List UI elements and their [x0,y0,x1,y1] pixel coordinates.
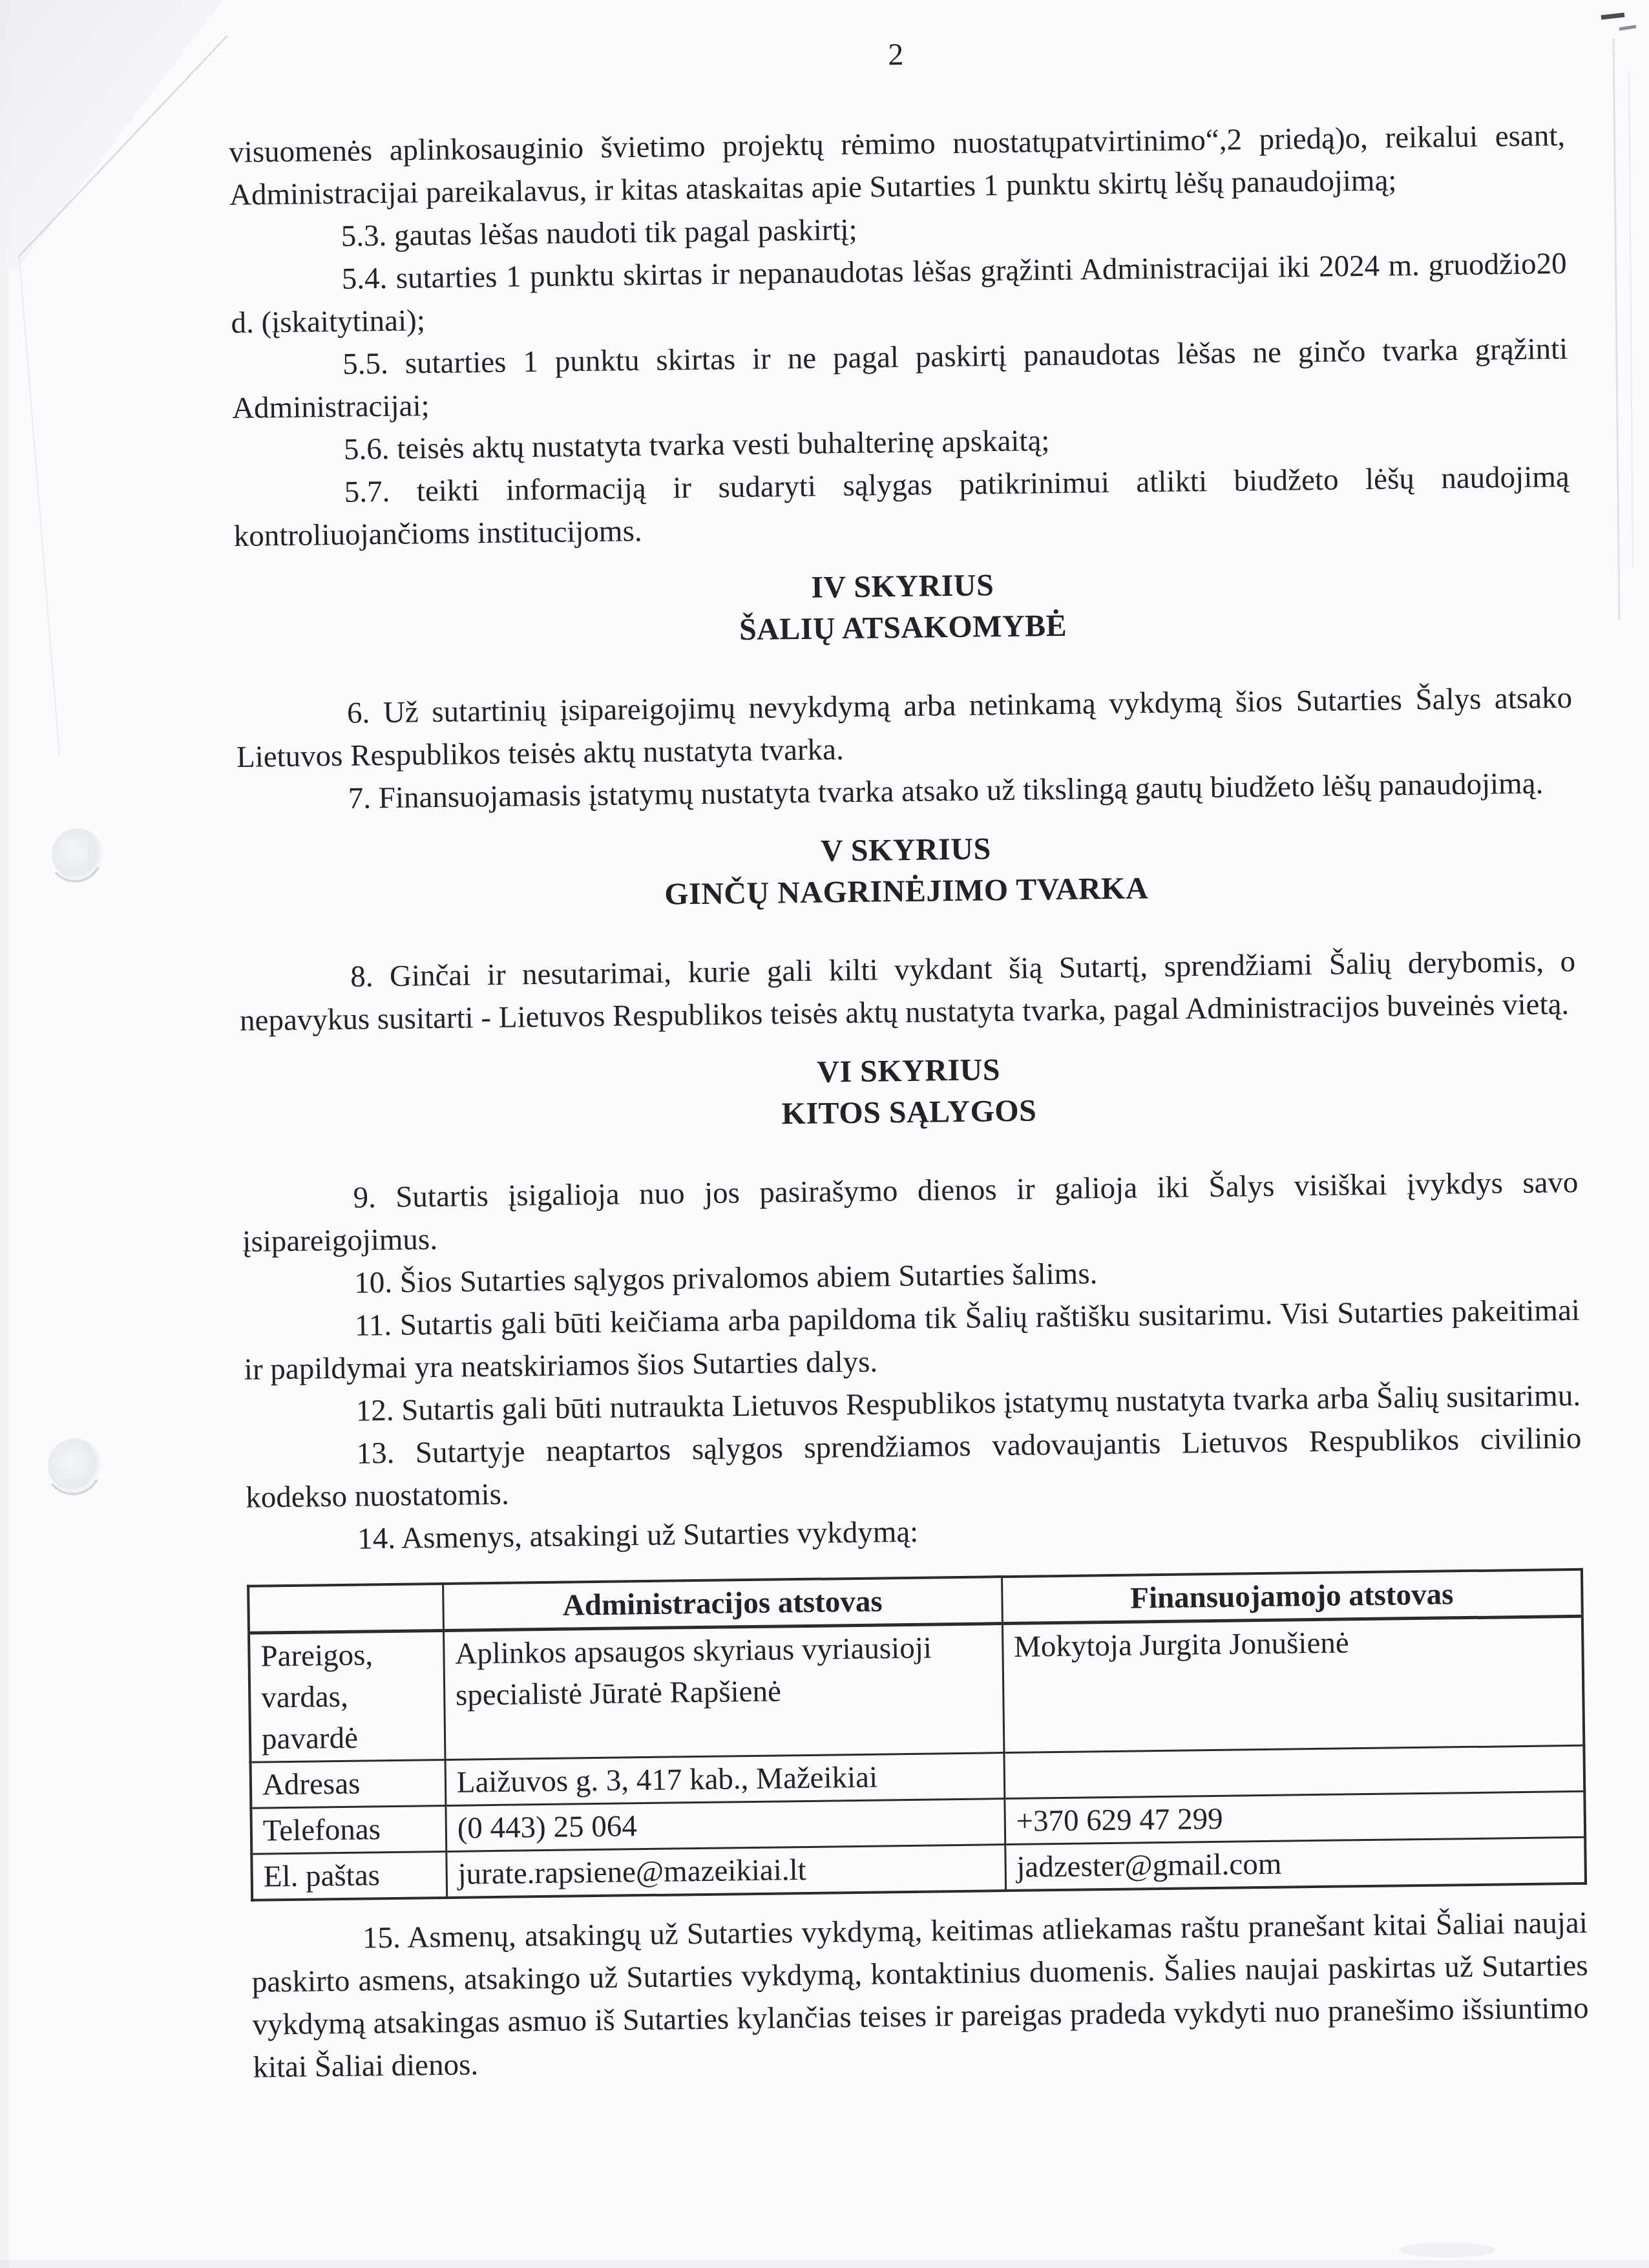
clause-5-5: 5.5. sutarties 1 punktu skirtas ir ne pa… [231,328,1568,430]
clause-5-7: 5.7. teikti informaciją ir sudaryti sąly… [233,456,1570,558]
fold-crease-line [18,36,227,257]
punch-hole-top [52,828,103,880]
left-scan-edge [0,0,9,2268]
cell-admin-email: jurate.rapsiene@mazeikiai.lt [446,1845,1006,1898]
punch-hole-bottom-rim [52,1480,97,1494]
table-header-administration: Administracijos atstovas [443,1577,1002,1630]
clause-5-4: 5.4. sutarties 1 punktu skirtas ir nepan… [230,242,1567,344]
underlying-page-edge-1 [1613,39,1619,620]
cell-admin-address: Laižuvos g. 3, 417 kab., Mažeikiai [445,1753,1005,1806]
clause-13: 13. Sutartyje neaptartos sąlygos sprendž… [245,1417,1582,1519]
cell-financed-email: jadzester@gmail.com [1005,1837,1586,1891]
document-content: 2 visuomenės aplinkosauginio švietimo pr… [227,25,1590,2089]
bottom-right-smudge [1399,2242,1496,2258]
row-label-phone: Telefonas [251,1805,446,1854]
scanned-page-sheet: 2 visuomenės aplinkosauginio švietimo pr… [0,0,1649,2268]
clause-8: 8. Ginčai ir nesutarimai, kurie gali kil… [239,940,1576,1042]
page-number: 2 [227,25,1564,85]
table-header-empty-cell [248,1584,443,1633]
corner-mark-dash-1 [1601,15,1624,17]
clause-15: 15. Asmenų, atsakingų už Sutarties vykdy… [251,1902,1590,2089]
cell-financed-address [1004,1745,1585,1798]
clause-11: 11. Sutartis gali būti keičiama arba pap… [244,1289,1581,1391]
section-vi-heading: VI SKYRIUS KITOS SĄLYGOS [240,1042,1577,1142]
cell-financed-phone: +370 629 47 299 [1004,1791,1585,1844]
table-header-financed: Finansuojamojo atstovas [1002,1570,1582,1624]
underlying-page-edge-2 [1629,71,1633,569]
row-label-address: Adresas [251,1759,446,1808]
table-row-position-name: Pareigos, vardas, pavardė Aplinkos apsau… [249,1616,1584,1762]
clause-9: 9. Sutartis įsigalioja nuo jos pasirašym… [242,1161,1579,1263]
row-label-email: El. paštas [251,1851,446,1900]
corner-mark-dash-2 [1619,26,1636,29]
responsible-persons-table: Administracijos atstovas Finansuojamojo … [247,1568,1587,1902]
page-left-edge-line [19,258,59,756]
punch-hole-top-rim [56,867,98,881]
folded-corner-shade [0,0,223,271]
cell-financed-position-name: Mokytoja Jurgita Jonušienė [1002,1616,1584,1752]
cell-admin-position-name: Aplinkos apsaugos skyriaus vyriausioji s… [443,1624,1003,1760]
punch-hole-bottom [48,1438,102,1493]
bottom-scan-edge [0,2260,1649,2268]
clause-6: 6. Už sutartinių įsipareigojimų nevykdym… [236,677,1573,779]
cell-admin-phone: (0 443) 25 064 [446,1799,1005,1852]
section-v-heading: V SKYRIUS GINČŲ NAGRINĖJIMO TVARKA [238,821,1575,921]
row-label-position-name: Pareigos, vardas, pavardė [249,1630,445,1762]
section-iv-heading: IV SKYRIUS ŠALIŲ ATSAKOMYBĖ [234,558,1571,657]
intro-paragraph: visuomenės aplinkosauginio švietimo proj… [229,114,1566,216]
